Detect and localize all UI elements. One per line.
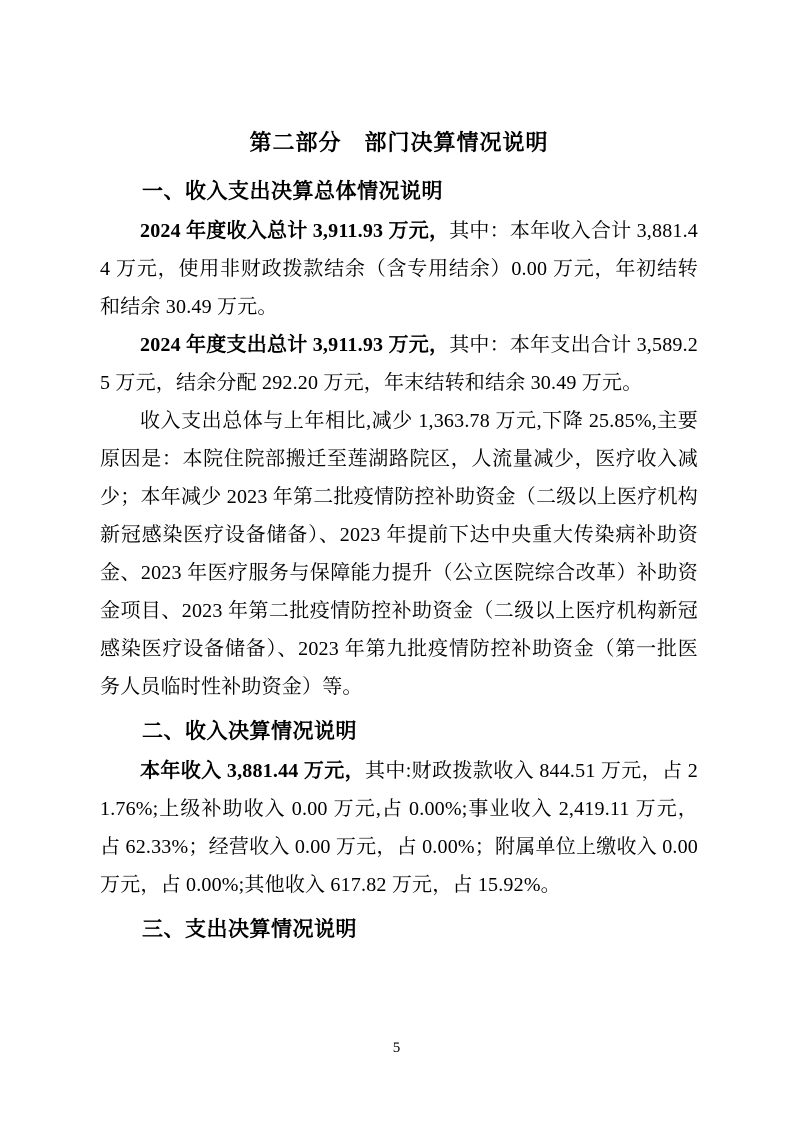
document-body: 第二部分 部门决算情况说明 一、收入支出决算总体情况说明 2024 年度收入总计… [100, 126, 698, 950]
paragraph-income-detail: 本年收入 3,881.44 万元，其中:财政拨款收入 844.51 万元，占 2… [100, 752, 698, 904]
document-title: 第二部分 部门决算情况说明 [100, 126, 698, 160]
paragraph-lead: 2024 年度收入总计 3,911.93 万元， [140, 220, 449, 242]
paragraph-year-comparison: 收入支出总体与上年相比,减少 1,363.78 万元,下降 25.85%,主要原… [100, 402, 698, 706]
paragraph-income-total: 2024 年度收入总计 3,911.93 万元，其中：本年收入合计 3,881.… [100, 212, 698, 326]
paragraph-lead: 2024 年度支出总计 3,911.93 万元， [140, 334, 449, 356]
page-number: 5 [0, 1038, 793, 1058]
section-heading-expenditure: 三、支出决算情况说明 [100, 910, 698, 950]
document-page: 第二部分 部门决算情况说明 一、收入支出决算总体情况说明 2024 年度收入总计… [0, 0, 793, 1122]
section-heading-income: 二、收入决算情况说明 [100, 712, 698, 752]
paragraph-expense-total: 2024 年度支出总计 3,911.93 万元，其中：本年支出合计 3,589.… [100, 326, 698, 402]
paragraph-lead: 本年收入 3,881.44 万元， [140, 760, 365, 782]
section-heading-overview: 一、收入支出决算总体情况说明 [100, 172, 698, 212]
